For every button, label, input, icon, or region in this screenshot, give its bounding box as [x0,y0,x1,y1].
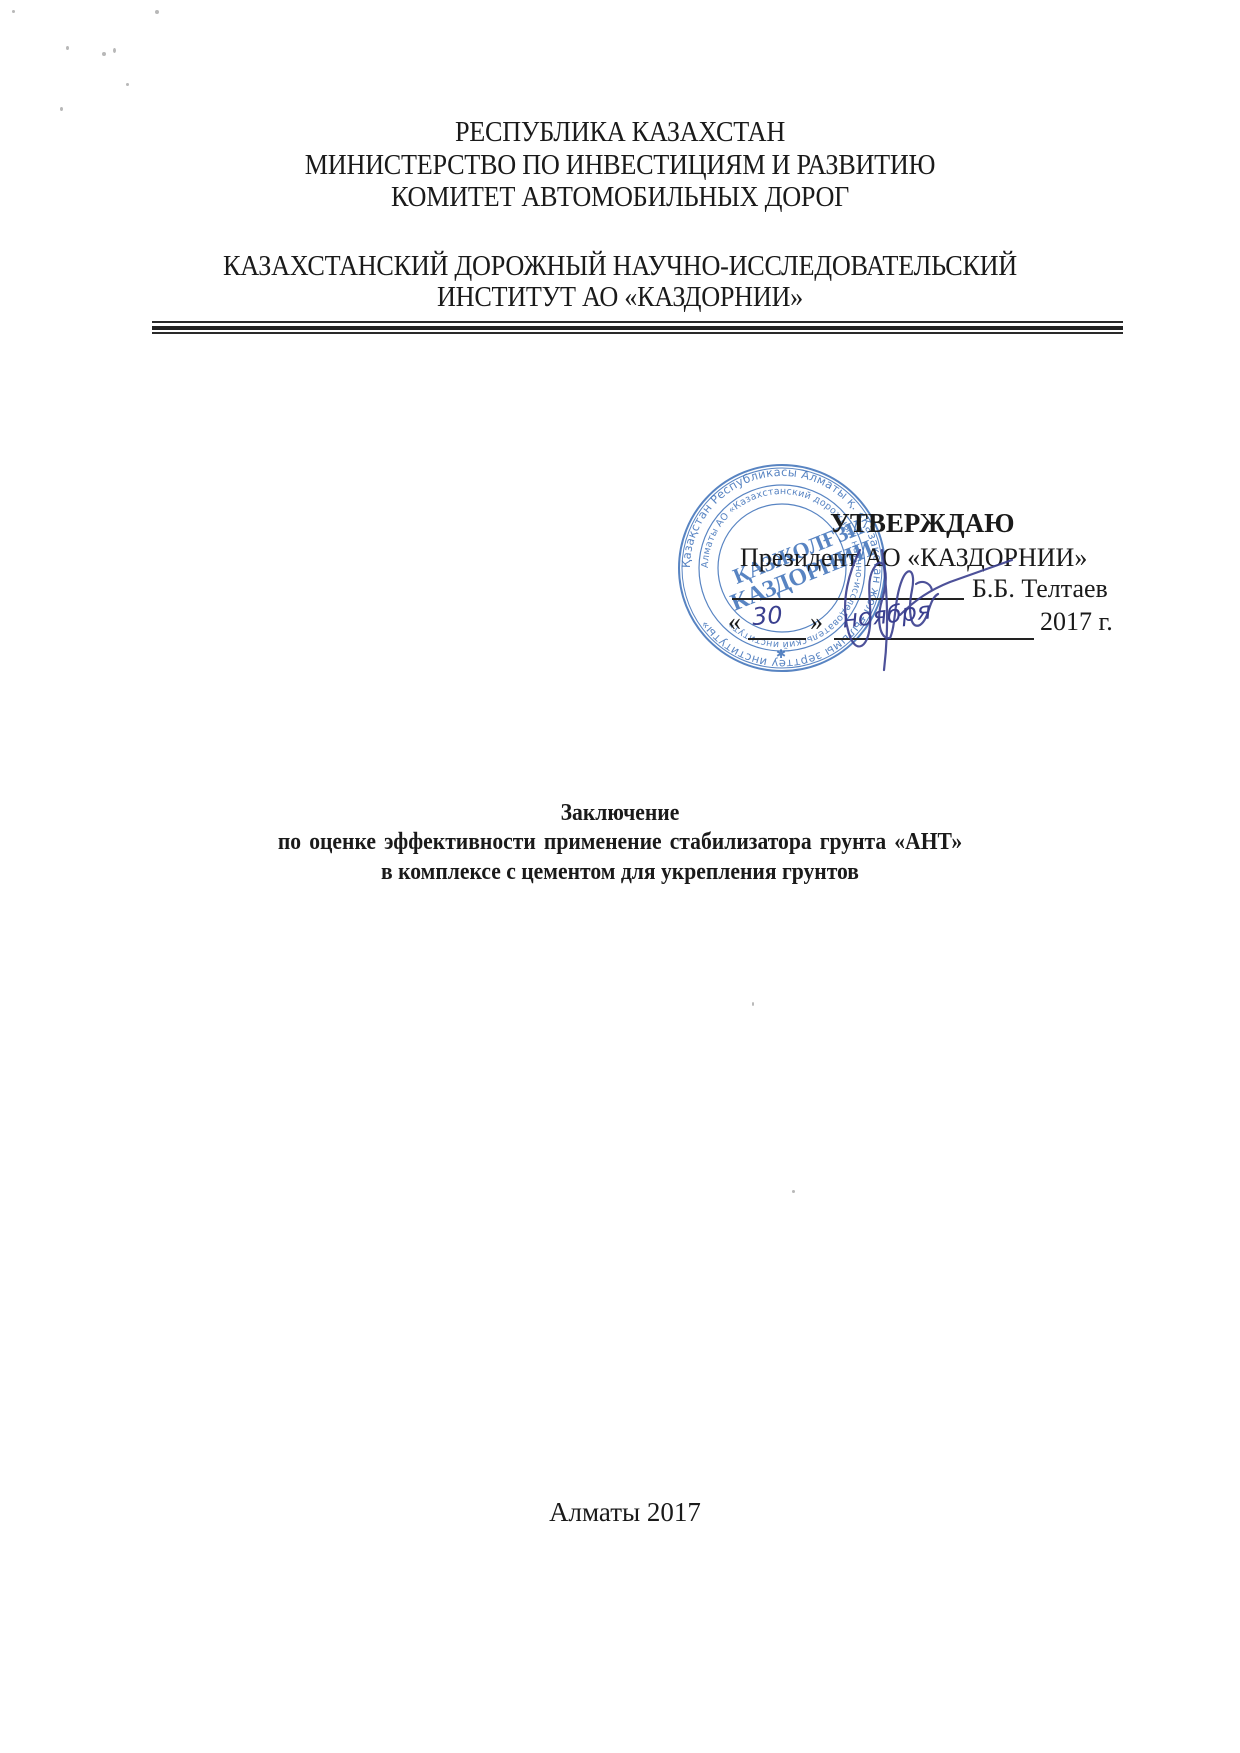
header-institute-line1: КАЗАХСТАНСКИЙ ДОРОЖНЫЙ НАУЧНО-ИССЛЕДОВАТ… [50,251,1191,283]
divider-thick [152,326,1123,330]
document-page: РЕСПУБЛИКА КАЗАХСТАН МИНИСТЕРСТВО ПО ИНВ… [0,0,1240,1753]
document-subtitle-line1: по оценке эффективности применение стаби… [62,829,1178,856]
scan-speck [12,10,15,13]
divider-thin-bottom [152,332,1123,334]
header-divider [152,321,1123,335]
header-committee: КОМИТЕТ АВТОМОБИЛЬНЫХ ДОРОГ [50,182,1191,214]
date-year: 2017 г. [1040,607,1113,637]
scan-speck [66,46,69,50]
scan-speck [60,107,63,111]
svg-text:✱: ✱ [776,647,786,661]
scan-speck [155,10,159,14]
header-institute-line2: ИНСТИТУТ АО «КАЗДОРНИИ» [50,282,1191,314]
scan-speck [102,52,106,56]
header-country: РЕСПУБЛИКА КАЗАХСТАН [50,117,1191,149]
scan-speck [126,83,129,86]
footer-city-year: Алматы 2017 [5,1497,1240,1528]
handwritten-day: 30 [751,601,783,631]
date-day-line [748,638,806,640]
document-title: Заключение [62,800,1178,827]
date-open-quote: « [728,607,741,637]
scan-speck [752,1002,754,1006]
divider-thin-top [152,321,1123,323]
document-subtitle-line2: в комплексе с цементом для укрепления гр… [62,859,1178,886]
scan-speck [113,48,116,53]
signature-icon [820,520,1020,680]
scan-speck [792,1190,795,1193]
header-ministry: МИНИСТЕРСТВО ПО ИНВЕСТИЦИЯМ И РАЗВИТИЮ [50,150,1191,182]
